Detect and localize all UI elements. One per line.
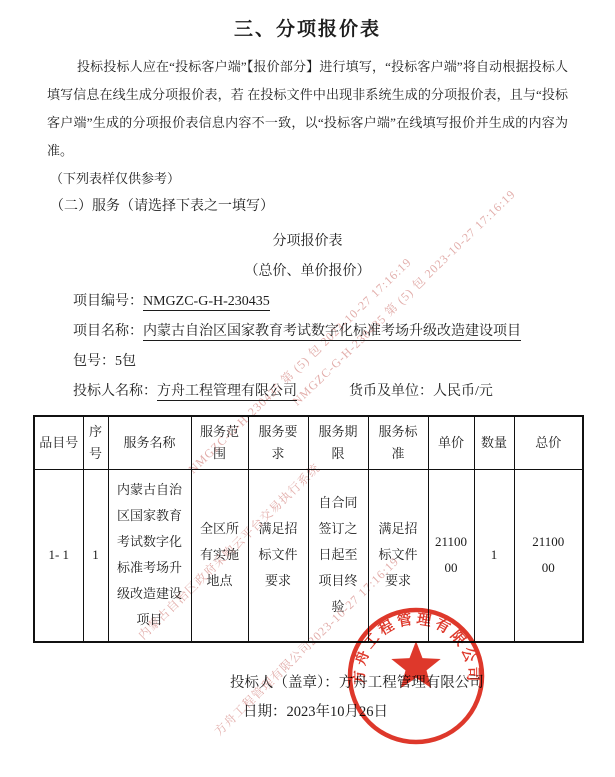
cell-item-no: 1- 1 — [34, 469, 83, 642]
table-row: 1- 1 1 内蒙古自治区国家教育考试数字化标准考场升级改造建设项目 全区所有实… — [34, 469, 583, 642]
reference-note: （下列表样仅供参考） — [50, 165, 568, 193]
currency-value: 人民币/元 — [433, 384, 493, 399]
signature-bidder-label: 投标人（盖章）： — [230, 675, 339, 691]
header-item-no: 品目号 — [34, 416, 83, 469]
project-name-value: 内蒙古自治区国家教育考试数字化标准考场升级改造建设项目 — [143, 324, 521, 341]
table-title: 分项报价表 — [47, 227, 568, 257]
header-unit-price: 单价 — [428, 416, 474, 469]
signature-date-line: 日期：2023年10月26日 — [243, 698, 568, 727]
cell-service-period: 自合同签订之日起至项目终验 — [308, 469, 368, 642]
page-title: 三、分项报价表 — [47, 14, 568, 41]
bidder-value: 方舟工程管理有限公司 — [157, 384, 297, 401]
header-service-standard: 服务标准 — [368, 416, 428, 469]
project-no-line: 项目编号：NMGZC-G-H-230435 — [73, 287, 568, 317]
project-name-label: 项目名称： — [73, 324, 143, 339]
project-no-value: NMGZC-G-H-230435 — [143, 294, 270, 311]
signature-bidder-value: 方舟工程管理有限公司 — [339, 675, 484, 691]
header-service-requirement: 服务要求 — [248, 416, 308, 469]
bidder-line: 投标人名称：方舟工程管理有限公司货币及单位：人民币/元 — [73, 377, 568, 407]
signature-date-value: 2023年10月26日 — [287, 704, 389, 720]
table-subtitle: （总价、单价报价） — [47, 257, 568, 287]
cell-total-price: 2110000 — [514, 469, 583, 642]
intro-paragraph: 投标投标人应在“投标客户端”【报价部分】进行填写，“投标客户端”将自动根据投标人… — [47, 53, 568, 165]
header-quantity: 数量 — [474, 416, 514, 469]
project-no-label: 项目编号： — [73, 294, 143, 309]
header-service-name: 服务名称 — [108, 416, 191, 469]
total-price-value: 2110000 — [531, 529, 565, 581]
cell-seq-no: 1 — [83, 469, 108, 642]
header-total-price: 总价 — [514, 416, 583, 469]
cell-service-requirement: 满足招标文件要求 — [248, 469, 308, 642]
currency-label: 货币及单位： — [349, 384, 433, 399]
cell-unit-price: 2110000 — [428, 469, 474, 642]
cell-service-name: 内蒙古自治区国家教育考试数字化标准考场升级改造建设项目 — [108, 469, 191, 642]
header-seq-no: 序号 — [83, 416, 108, 469]
package-label: 包号： — [73, 354, 115, 369]
package-line: 包号：5包 — [73, 347, 568, 377]
cell-service-scope: 全区所有实施地点 — [191, 469, 248, 642]
document-page: 三、分项报价表 投标投标人应在“投标客户端”【报价部分】进行填写，“投标客户端”… — [0, 0, 615, 777]
unit-price-value: 2110000 — [434, 529, 468, 581]
header-service-scope: 服务范围 — [191, 416, 248, 469]
signature-bidder-line: 投标人（盖章）：方舟工程管理有限公司 — [230, 669, 568, 698]
cell-quantity: 1 — [474, 469, 514, 642]
bidder-label: 投标人名称： — [73, 384, 157, 399]
cell-service-standard: 满足招标文件要求 — [368, 469, 428, 642]
project-name-line: 项目名称：内蒙古自治区国家教育考试数字化标准考场升级改造建设项目 — [43, 317, 527, 347]
package-value: 5包 — [115, 354, 136, 369]
signature-date-label: 日期： — [243, 704, 287, 720]
section-label: （二）服务（请选择下表之一填写） — [50, 193, 568, 221]
header-service-period: 服务期限 — [308, 416, 368, 469]
quotation-table: 品目号 序号 服务名称 服务范围 服务要求 服务期限 服务标准 单价 数量 总价… — [33, 415, 584, 643]
table-header-row: 品目号 序号 服务名称 服务范围 服务要求 服务期限 服务标准 单价 数量 总价 — [34, 416, 583, 469]
signature-block: 投标人（盖章）：方舟工程管理有限公司 日期：2023年10月26日 — [47, 669, 568, 727]
